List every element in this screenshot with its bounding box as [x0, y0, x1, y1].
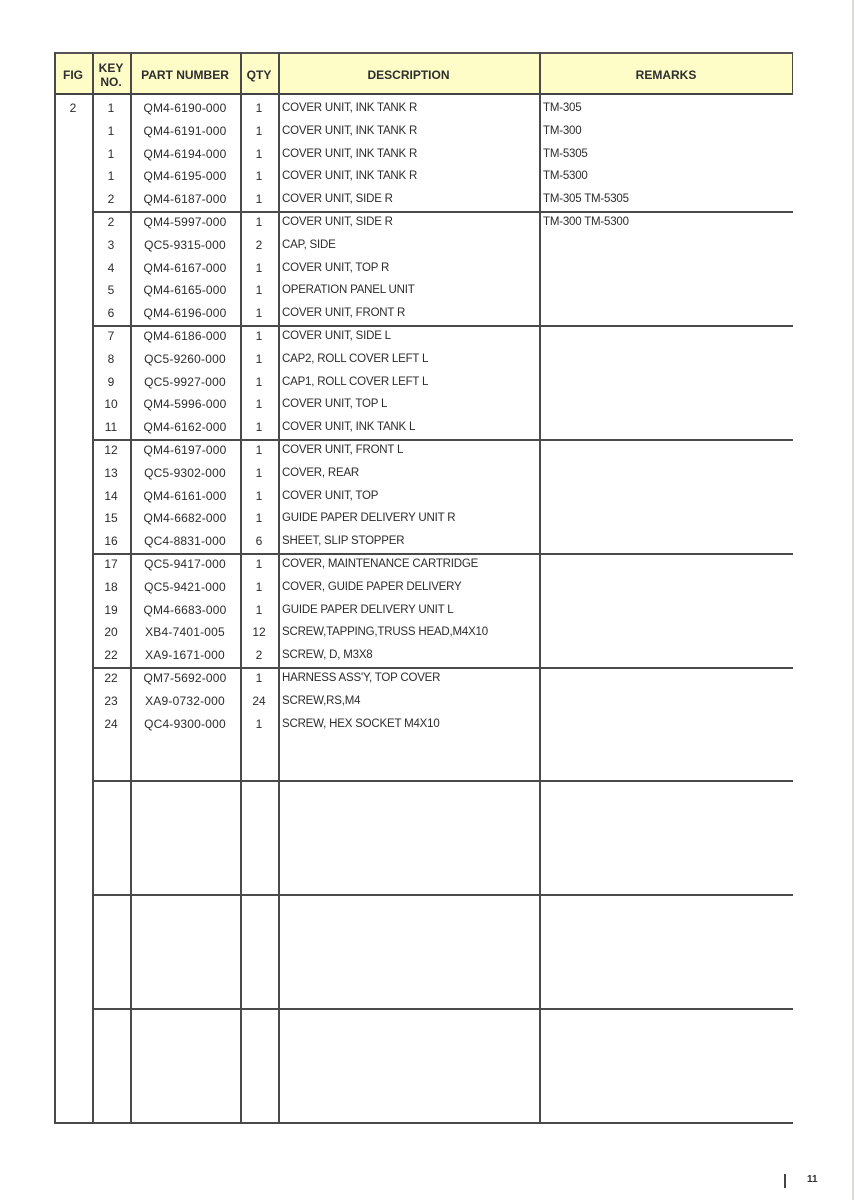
cell-remarks	[543, 257, 793, 280]
cell-key-no: 22	[92, 667, 130, 690]
cell-key-no: 20	[92, 621, 130, 644]
cell-key-no: 5	[92, 279, 130, 302]
cell-description: COVER, MAINTENANCE CARTRIDGE	[282, 553, 537, 576]
cell-fig	[54, 188, 92, 211]
cell-remarks	[543, 667, 793, 690]
cell-description: COVER UNIT, INK TANK R	[282, 97, 537, 120]
table-row: 1QM4-6195-0001COVER UNIT, INK TANK RTM-5…	[54, 165, 793, 188]
cell-key-no: 9	[92, 371, 130, 394]
table-row: 21QM4-6190-0001COVER UNIT, INK TANK RTM-…	[54, 97, 793, 120]
cell-fig	[54, 279, 92, 302]
cell-fig	[54, 644, 92, 667]
cell-part-number: QM4-6683-000	[130, 599, 240, 622]
cell-part-number: QC4-9300-000	[130, 713, 240, 736]
cell-part-number: QC5-9315-000	[130, 234, 240, 257]
cell-description: COVER, GUIDE PAPER DELIVERY	[282, 576, 537, 599]
cell-remarks: TM-300 TM-5300	[543, 211, 793, 234]
table-row: 4QM4-6167-0001COVER UNIT, TOP R	[54, 257, 793, 280]
cell-description: SCREW,RS,M4	[282, 690, 537, 713]
table-row: 23XA9-0732-00024SCREW,RS,M4	[54, 690, 793, 713]
cell-fig	[54, 667, 92, 690]
cell-key-no: 17	[92, 553, 130, 576]
cell-key-no: 7	[92, 325, 130, 348]
cell-fig	[54, 234, 92, 257]
cell-description: COVER UNIT, SIDE L	[282, 325, 537, 348]
cell-remarks	[543, 553, 793, 576]
cell-qty: 1	[240, 416, 278, 439]
cell-remarks	[543, 416, 793, 439]
cell-description: COVER, REAR	[282, 462, 537, 485]
column-divider	[792, 52, 794, 95]
cell-key-no: 12	[92, 439, 130, 462]
cell-qty: 1	[240, 371, 278, 394]
cell-part-number: XA9-0732-000	[130, 690, 240, 713]
cell-description: COVER UNIT, TOP	[282, 485, 537, 508]
cell-part-number: QC5-9421-000	[130, 576, 240, 599]
cell-remarks: TM-5300	[543, 165, 793, 188]
cell-remarks	[543, 485, 793, 508]
cell-qty: 1	[240, 257, 278, 280]
cell-fig	[54, 576, 92, 599]
cell-key-no: 11	[92, 416, 130, 439]
cell-key-no: 1	[92, 165, 130, 188]
cell-qty: 1	[240, 439, 278, 462]
cell-fig	[54, 462, 92, 485]
cell-remarks	[543, 302, 793, 325]
cell-description: COVER UNIT, SIDE R	[282, 188, 537, 211]
cell-part-number: QC5-9927-000	[130, 371, 240, 394]
cell-remarks	[543, 348, 793, 371]
cell-fig	[54, 211, 92, 234]
cell-qty: 1	[240, 211, 278, 234]
cell-remarks	[543, 439, 793, 462]
table-row: 2QM4-5997-0001COVER UNIT, SIDE RTM-300 T…	[54, 211, 793, 234]
cell-key-no: 2	[92, 188, 130, 211]
cell-key-no: 1	[92, 143, 130, 166]
cell-remarks	[543, 279, 793, 302]
cell-part-number: QM4-6196-000	[130, 302, 240, 325]
cell-part-number: QM4-6191-000	[130, 120, 240, 143]
table-row: 11QM4-6162-0001COVER UNIT, INK TANK L	[54, 416, 793, 439]
cell-fig	[54, 302, 92, 325]
header-part-number: PART NUMBER	[130, 54, 240, 95]
header-description: DESCRIPTION	[278, 54, 539, 95]
cell-description: COVER UNIT, TOP L	[282, 393, 537, 416]
cell-remarks	[543, 234, 793, 257]
table-row: 5QM4-6165-0001OPERATION PANEL UNIT	[54, 279, 793, 302]
table-row: 3QC5-9315-0002CAP, SIDE	[54, 234, 793, 257]
cell-key-no: 8	[92, 348, 130, 371]
cell-part-number: QC5-9417-000	[130, 553, 240, 576]
cell-fig	[54, 325, 92, 348]
group-divider	[92, 780, 793, 782]
cell-part-number: QM7-5692-000	[130, 667, 240, 690]
cell-description: COVER UNIT, FRONT R	[282, 302, 537, 325]
cell-fig	[54, 165, 92, 188]
cell-qty: 1	[240, 485, 278, 508]
header-qty: QTY	[240, 54, 278, 95]
cell-description: COVER UNIT, FRONT L	[282, 439, 537, 462]
table-row: 2QM4-6187-0001COVER UNIT, SIDE RTM-305 T…	[54, 188, 793, 211]
cell-description: CAP1, ROLL COVER LEFT L	[282, 371, 537, 394]
cell-remarks	[543, 621, 793, 644]
table-row: 13QC5-9302-0001COVER, REAR	[54, 462, 793, 485]
cell-fig	[54, 416, 92, 439]
cell-remarks	[543, 599, 793, 622]
cell-qty: 2	[240, 234, 278, 257]
cell-part-number: QM4-6187-000	[130, 188, 240, 211]
cell-key-no: 4	[92, 257, 130, 280]
cell-fig	[54, 599, 92, 622]
cell-description: GUIDE PAPER DELIVERY UNIT R	[282, 507, 537, 530]
table-row: 17QC5-9417-0001COVER, MAINTENANCE CARTRI…	[54, 553, 793, 576]
table-row: 1QM4-6191-0001COVER UNIT, INK TANK RTM-3…	[54, 120, 793, 143]
cell-description: SHEET, SLIP STOPPER	[282, 530, 537, 553]
cell-part-number: QC5-9260-000	[130, 348, 240, 371]
group-divider	[92, 894, 793, 896]
cell-qty: 1	[240, 507, 278, 530]
cell-remarks	[543, 576, 793, 599]
cell-qty: 1	[240, 143, 278, 166]
group-divider	[92, 1008, 793, 1010]
cell-qty: 1	[240, 713, 278, 736]
cell-qty: 1	[240, 188, 278, 211]
cell-remarks	[543, 325, 793, 348]
cell-qty: 1	[240, 348, 278, 371]
cell-key-no: 13	[92, 462, 130, 485]
cell-qty: 12	[240, 621, 278, 644]
cell-fig: 2	[54, 97, 92, 120]
cell-key-no: 24	[92, 713, 130, 736]
cell-description: SCREW, HEX SOCKET M4X10	[282, 713, 537, 736]
cell-key-no: 6	[92, 302, 130, 325]
table-row: 16QC4-8831-0006SHEET, SLIP STOPPER	[54, 530, 793, 553]
table-header: FIG KEY NO. PART NUMBER QTY DESCRIPTION …	[54, 52, 793, 95]
cell-key-no: 18	[92, 576, 130, 599]
table-row: 22QM7-5692-0001HARNESS ASS'Y, TOP COVER	[54, 667, 793, 690]
cell-description: COVER UNIT, INK TANK R	[282, 120, 537, 143]
cell-part-number: QM4-6190-000	[130, 97, 240, 120]
table-row: 15QM4-6682-0001GUIDE PAPER DELIVERY UNIT…	[54, 507, 793, 530]
header-remarks: REMARKS	[539, 54, 793, 95]
cell-part-number: QM4-6186-000	[130, 325, 240, 348]
cell-qty: 1	[240, 462, 278, 485]
cell-qty: 1	[240, 97, 278, 120]
cell-part-number: QM4-6194-000	[130, 143, 240, 166]
header-fig: FIG	[54, 54, 92, 95]
cell-part-number: QM4-6165-000	[130, 279, 240, 302]
cell-qty: 24	[240, 690, 278, 713]
cell-remarks	[543, 713, 793, 736]
cell-part-number: QM4-5997-000	[130, 211, 240, 234]
cell-qty: 1	[240, 576, 278, 599]
cell-key-no: 10	[92, 393, 130, 416]
cell-qty: 1	[240, 279, 278, 302]
cell-part-number: QC4-8831-000	[130, 530, 240, 553]
cell-description: CAP2, ROLL COVER LEFT L	[282, 348, 537, 371]
cell-remarks	[543, 371, 793, 394]
cell-description: COVER UNIT, SIDE R	[282, 211, 537, 234]
cell-key-no: 16	[92, 530, 130, 553]
cell-fig	[54, 120, 92, 143]
cell-qty: 1	[240, 165, 278, 188]
cell-part-number: QM4-6195-000	[130, 165, 240, 188]
cell-fig	[54, 348, 92, 371]
cell-description: HARNESS ASS'Y, TOP COVER	[282, 667, 537, 690]
table-bottom-border	[54, 1122, 793, 1124]
cell-fig	[54, 690, 92, 713]
cell-key-no: 14	[92, 485, 130, 508]
cell-qty: 1	[240, 599, 278, 622]
cell-fig	[54, 393, 92, 416]
cell-qty: 2	[240, 644, 278, 667]
cell-part-number: QC5-9302-000	[130, 462, 240, 485]
cell-description: COVER UNIT, INK TANK R	[282, 165, 537, 188]
cell-key-no: 19	[92, 599, 130, 622]
cell-fig	[54, 553, 92, 576]
cell-qty: 1	[240, 553, 278, 576]
cell-remarks: TM-300	[543, 120, 793, 143]
cell-remarks: TM-305 TM-5305	[543, 188, 793, 211]
cell-part-number: QM4-6197-000	[130, 439, 240, 462]
cell-qty: 6	[240, 530, 278, 553]
table-row: 1QM4-6194-0001COVER UNIT, INK TANK RTM-5…	[54, 143, 793, 166]
cell-part-number: QM4-6161-000	[130, 485, 240, 508]
cell-qty: 1	[240, 393, 278, 416]
cell-qty: 1	[240, 325, 278, 348]
cell-part-number: QM4-5996-000	[130, 393, 240, 416]
table-row: 10QM4-5996-0001COVER UNIT, TOP L	[54, 393, 793, 416]
table-row: 14QM4-6161-0001COVER UNIT, TOP	[54, 485, 793, 508]
cell-part-number: QM4-6162-000	[130, 416, 240, 439]
cell-key-no: 22	[92, 644, 130, 667]
cell-description: COVER UNIT, TOP R	[282, 257, 537, 280]
cell-description: SCREW,TAPPING,TRUSS HEAD,M4X10	[282, 621, 537, 644]
page-number: 11	[807, 1174, 818, 1185]
cell-key-no: 15	[92, 507, 130, 530]
table-row: 22XA9-1671-0002SCREW, D, M3X8	[54, 644, 793, 667]
cell-qty: 1	[240, 120, 278, 143]
table-row: 9QC5-9927-0001CAP1, ROLL COVER LEFT L	[54, 371, 793, 394]
cell-key-no: 2	[92, 211, 130, 234]
cell-description: SCREW, D, M3X8	[282, 644, 537, 667]
cell-remarks	[543, 530, 793, 553]
cell-remarks	[543, 462, 793, 485]
cell-qty: 1	[240, 667, 278, 690]
table-row: 24QC4-9300-0001SCREW, HEX SOCKET M4X10	[54, 713, 793, 736]
table-row: 12QM4-6197-0001COVER UNIT, FRONT L	[54, 439, 793, 462]
cell-part-number: QM4-6167-000	[130, 257, 240, 280]
cell-fig	[54, 371, 92, 394]
cell-description: OPERATION PANEL UNIT	[282, 279, 537, 302]
cell-key-no: 3	[92, 234, 130, 257]
cell-fig	[54, 507, 92, 530]
cell-part-number: XA9-1671-000	[130, 644, 240, 667]
table-row: 20XB4-7401-00512SCREW,TAPPING,TRUSS HEAD…	[54, 621, 793, 644]
cell-fig	[54, 530, 92, 553]
header-key-no: KEY NO.	[92, 54, 130, 95]
footer-divider	[784, 1174, 786, 1188]
table-row: 7QM4-6186-0001COVER UNIT, SIDE L	[54, 325, 793, 348]
cell-remarks	[543, 644, 793, 667]
cell-description: GUIDE PAPER DELIVERY UNIT L	[282, 599, 537, 622]
cell-fig	[54, 439, 92, 462]
cell-description: COVER UNIT, INK TANK L	[282, 416, 537, 439]
cell-part-number: XB4-7401-005	[130, 621, 240, 644]
table-row: 18QC5-9421-0001COVER, GUIDE PAPER DELIVE…	[54, 576, 793, 599]
cell-fig	[54, 485, 92, 508]
cell-remarks: TM-305	[543, 97, 793, 120]
cell-qty: 1	[240, 302, 278, 325]
cell-remarks	[543, 507, 793, 530]
cell-key-no: 1	[92, 120, 130, 143]
table-row: 8QC5-9260-0001CAP2, ROLL COVER LEFT L	[54, 348, 793, 371]
table-row: 6QM4-6196-0001COVER UNIT, FRONT R	[54, 302, 793, 325]
cell-remarks: TM-5305	[543, 143, 793, 166]
table-row: 19QM4-6683-0001GUIDE PAPER DELIVERY UNIT…	[54, 599, 793, 622]
cell-fig	[54, 713, 92, 736]
cell-description: CAP, SIDE	[282, 234, 537, 257]
cell-fig	[54, 621, 92, 644]
cell-remarks	[543, 690, 793, 713]
cell-fig	[54, 143, 92, 166]
cell-description: COVER UNIT, INK TANK R	[282, 143, 537, 166]
cell-fig	[54, 257, 92, 280]
cell-key-no: 23	[92, 690, 130, 713]
cell-key-no: 1	[92, 97, 130, 120]
cell-remarks	[543, 393, 793, 416]
page-edge	[852, 0, 854, 1200]
cell-part-number: QM4-6682-000	[130, 507, 240, 530]
